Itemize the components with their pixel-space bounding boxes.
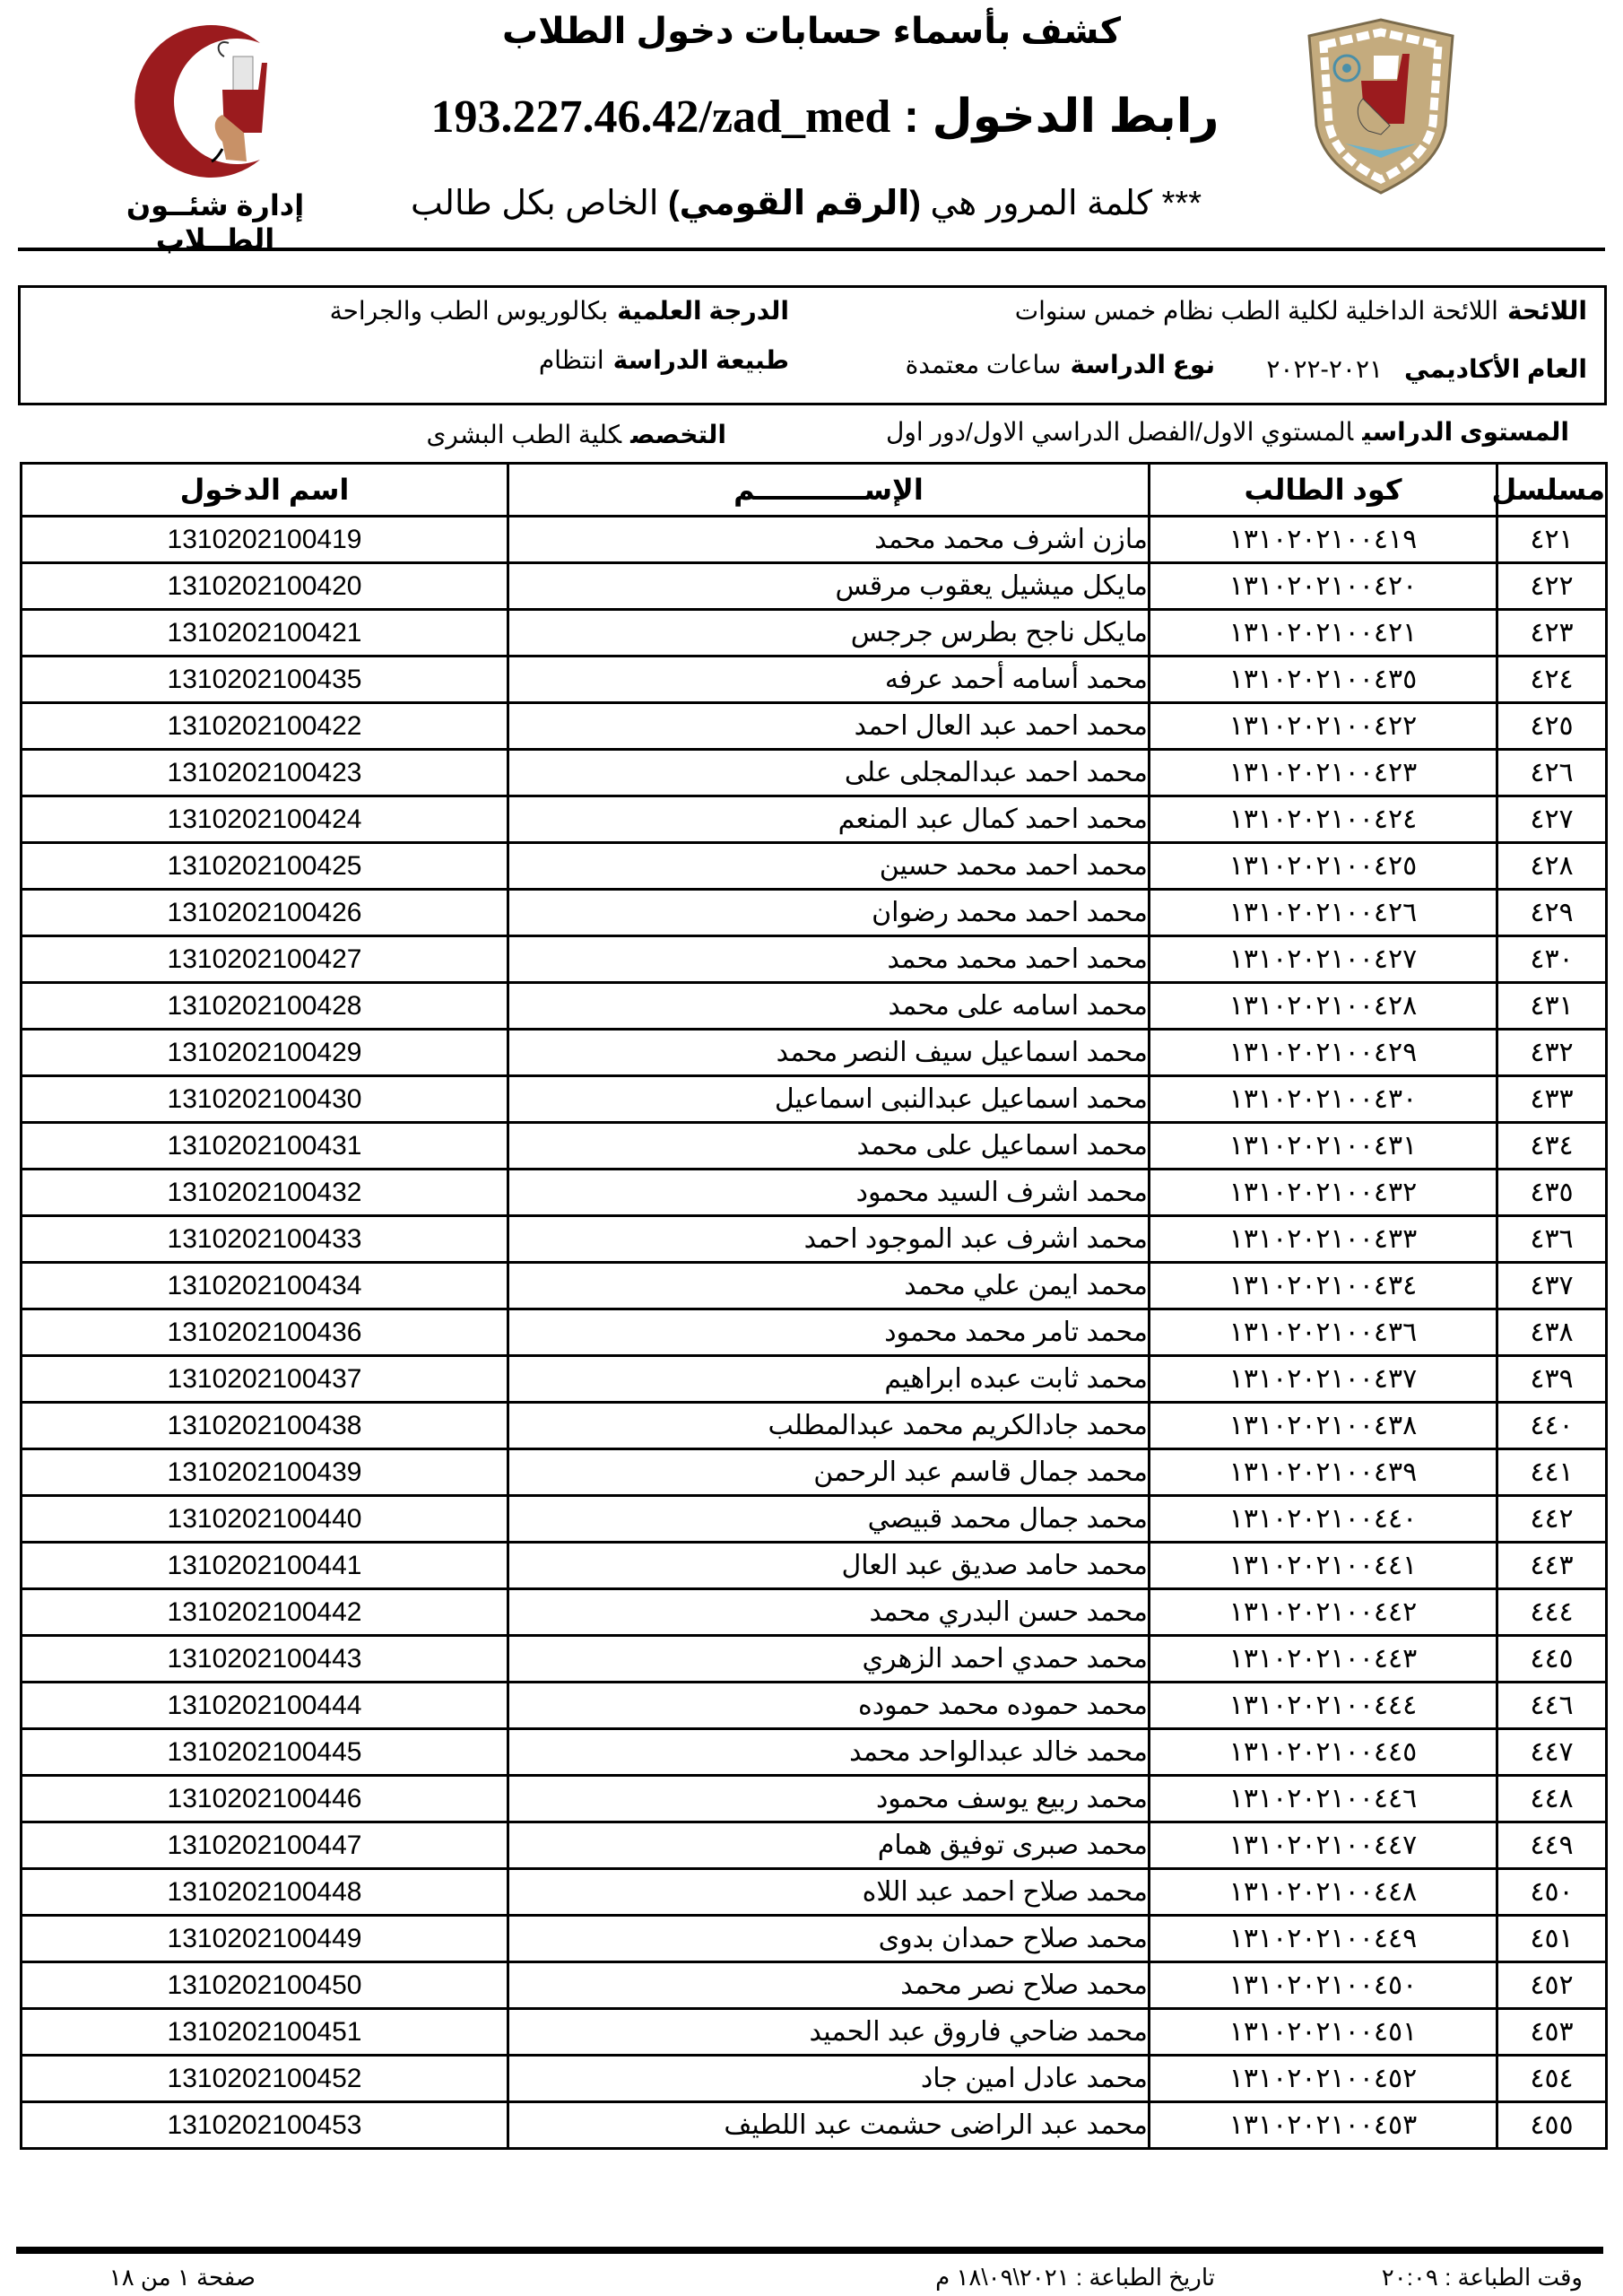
login-name-cell: 1310202100448 <box>22 1869 508 1916</box>
student-name-cell: محمد احمد محمد رضوان <box>508 890 1150 936</box>
table-row: ٤٤٩١٣١٠٢٠٢١٠٠٤٤٧محمد صبرى توفيق همام1310… <box>22 1822 1607 1869</box>
login-name-cell: 1310202100425 <box>22 843 508 890</box>
login-name-cell: 1310202100452 <box>22 2056 508 2102</box>
serial-cell: ٤٤١ <box>1497 1449 1607 1496</box>
student-name-cell: محمد حمدي احمد الزهري <box>508 1636 1150 1683</box>
login-link-line: رابط الدخول : 193.227.46.42/zad_med <box>377 90 1273 143</box>
login-name-cell: 1310202100445 <box>22 1729 508 1776</box>
student-code-cell: ١٣١٠٢٠٢١٠٠٤٢٩ <box>1150 1030 1497 1076</box>
password-note-emphasis: (الرقم القومي) <box>668 185 921 222</box>
student-name-cell: محمد تامر محمد محمود <box>508 1309 1150 1356</box>
login-name-cell: 1310202100441 <box>22 1543 508 1589</box>
serial-cell: ٤٢٨ <box>1497 843 1607 890</box>
student-code-cell: ١٣١٠٢٠٢١٠٠٤٢٠ <box>1150 563 1497 610</box>
table-header-row: مسلسل كود الطالب الإســـــــــــم اسم ال… <box>22 464 1607 517</box>
student-code-cell: ١٣١٠٢٠٢١٠٠٤٤١ <box>1150 1543 1497 1589</box>
serial-cell: ٤٤٦ <box>1497 1683 1607 1729</box>
student-code-cell: ١٣١٠٢٠٢١٠٠٤٤٠ <box>1150 1496 1497 1543</box>
table-row: ٤٣٤١٣١٠٢٠٢١٠٠٤٣١محمد اسماعيل على محمد131… <box>22 1123 1607 1170</box>
table-row: ٤٣٣١٣١٠٢٠٢١٠٠٤٣٠محمد اسماعيل عبدالنبى اس… <box>22 1076 1607 1123</box>
login-name-cell: 1310202100437 <box>22 1356 508 1403</box>
login-name-cell: 1310202100422 <box>22 703 508 750</box>
table-row: ٤٤٢١٣١٠٢٠٢١٠٠٤٤٠محمد جمال محمد قبيصي1310… <box>22 1496 1607 1543</box>
serial-cell: ٤٢٦ <box>1497 750 1607 796</box>
serial-cell: ٤٥١ <box>1497 1916 1607 1962</box>
login-name-cell: 1310202100435 <box>22 657 508 703</box>
login-name-cell: 1310202100424 <box>22 796 508 843</box>
student-name-cell: محمد احمد كمال عبد المنعم <box>508 796 1150 843</box>
student-name-cell: محمد عادل امين جاد <box>508 2056 1150 2102</box>
login-name-cell: 1310202100426 <box>22 890 508 936</box>
table-row: ٤٢٨١٣١٠٢٠٢١٠٠٤٢٥محمد احمد محمد حسين13102… <box>22 843 1607 890</box>
student-name-cell: محمد جمال محمد قبيصي <box>508 1496 1150 1543</box>
serial-cell: ٤٢٧ <box>1497 796 1607 843</box>
table-row: ٤٢٩١٣١٠٢٠٢١٠٠٤٢٦محمد احمد محمد رضوان1310… <box>22 890 1607 936</box>
table-row: ٤٢١١٣١٠٢٠٢١٠٠٤١٩مازن اشرف محمد محمد13102… <box>22 517 1607 563</box>
student-name-cell: محمد احمد محمد محمد <box>508 936 1150 983</box>
student-name-cell: محمد اسامه على محمد <box>508 983 1150 1030</box>
table-row: ٤٣٠١٣١٠٢٠٢١٠٠٤٢٧محمد احمد محمد محمد13102… <box>22 936 1607 983</box>
student-name-cell: مازن اشرف محمد محمد <box>508 517 1150 563</box>
student-name-cell: محمد ضاحي فاروق عبد الحميد <box>508 2009 1150 2056</box>
table-row: ٤٤٠١٣١٠٢٠٢١٠٠٤٣٨محمد جادالكريم محمد عبدا… <box>22 1403 1607 1449</box>
login-name-cell: 1310202100429 <box>22 1030 508 1076</box>
student-code-cell: ١٣١٠٢٠٢١٠٠٤٢٢ <box>1150 703 1497 750</box>
login-name-cell: 1310202100450 <box>22 1962 508 2009</box>
student-code-cell: ١٣١٠٢٠٢١٠٠٤٤٢ <box>1150 1589 1497 1636</box>
login-name-cell: 1310202100449 <box>22 1916 508 1962</box>
table-row: ٤٢٦١٣١٠٢٠٢١٠٠٤٢٣محمد احمد عبدالمجلى على1… <box>22 750 1607 796</box>
table-row: ٤٢٢١٣١٠٢٠٢١٠٠٤٢٠مايكل ميشيل يعقوب مرقس13… <box>22 563 1607 610</box>
table-row: ٤٥٥١٣١٠٢٠٢١٠٠٤٥٣محمد عبد الراضى حشمت عبد… <box>22 2102 1607 2149</box>
student-name-cell: محمد اسماعيل على محمد <box>508 1123 1150 1170</box>
student-code-cell: ١٣١٠٢٠٢١٠٠٤٥٠ <box>1150 1962 1497 2009</box>
column-header-name: الإســـــــــــم <box>508 464 1150 517</box>
student-code-cell: ١٣١٠٢٠٢١٠٠٤٣٠ <box>1150 1076 1497 1123</box>
table-row: ٤٢٥١٣١٠٢٠٢١٠٠٤٢٢محمد احمد عبد العال احمد… <box>22 703 1607 750</box>
student-name-cell: محمد احمد عبد العال احمد <box>508 703 1150 750</box>
serial-cell: ٤٥٥ <box>1497 2102 1607 2149</box>
login-name-cell: 1310202100428 <box>22 983 508 1030</box>
serial-cell: ٤٥٣ <box>1497 2009 1607 2056</box>
student-code-cell: ١٣١٠٢٠٢١٠٠٤٤٧ <box>1150 1822 1497 1869</box>
student-code-cell: ١٣١٠٢٠٢١٠٠٤٣٣ <box>1150 1216 1497 1263</box>
serial-cell: ٤٢١ <box>1497 517 1607 563</box>
login-link-url: 193.227.46.42/zad_med <box>431 91 891 143</box>
footer-divider <box>16 2247 1603 2254</box>
student-name-cell: محمد اشرف السيد محمود <box>508 1170 1150 1216</box>
print-date: تاريخ الطباعة : ٢٠٢١\٠٩\١٨ م <box>935 2264 1215 2292</box>
student-name-cell: محمد اسماعيل عبدالنبى اسماعيل <box>508 1076 1150 1123</box>
table-row: ٤٤٥١٣١٠٢٠٢١٠٠٤٤٣محمد حمدي احمد الزهري131… <box>22 1636 1607 1683</box>
login-link-label: رابط الدخول : <box>904 91 1219 143</box>
serial-cell: ٤٢٩ <box>1497 890 1607 936</box>
table-row: ٤٣٩١٣١٠٢٠٢١٠٠٤٣٧محمد ثابت عبده ابراهيم13… <box>22 1356 1607 1403</box>
table-row: ٤٤١١٣١٠٢٠٢١٠٠٤٣٩محمد جمال قاسم عبد الرحم… <box>22 1449 1607 1496</box>
serial-cell: ٤٤٢ <box>1497 1496 1607 1543</box>
department-name: إدارة شئــون الطــلاب <box>81 188 350 257</box>
login-name-cell: 1310202100423 <box>22 750 508 796</box>
student-name-cell: محمد ثابت عبده ابراهيم <box>508 1356 1150 1403</box>
student-name-cell: محمد صلاح نصر محمد <box>508 1962 1150 2009</box>
student-code-cell: ١٣١٠٢٠٢١٠٠٤٤٣ <box>1150 1636 1497 1683</box>
student-name-cell: محمد صبرى توفيق همام <box>508 1822 1150 1869</box>
student-name-cell: محمد اشرف عبد الموجود احمد <box>508 1216 1150 1263</box>
student-name-cell: محمد ايمن علي محمد <box>508 1263 1150 1309</box>
serial-cell: ٤٥٢ <box>1497 1962 1607 2009</box>
login-name-cell: 1310202100444 <box>22 1683 508 1729</box>
column-header-login: اسم الدخول <box>22 464 508 517</box>
table-row: ٤٥٠١٣١٠٢٠٢١٠٠٤٤٨محمد صلاح احمد عبد اللاه… <box>22 1869 1607 1916</box>
page-title: كشف بأسماء حسابات دخول الطلاب <box>0 11 1623 52</box>
serial-cell: ٤٤٩ <box>1497 1822 1607 1869</box>
login-name-cell: 1310202100433 <box>22 1216 508 1263</box>
page-number: صفحة ١ من ١٨ <box>109 2264 256 2292</box>
student-name-cell: محمد أسامه أحمد عرفه <box>508 657 1150 703</box>
student-code-cell: ١٣١٠٢٠٢١٠٠٤٥٢ <box>1150 2056 1497 2102</box>
table-row: ٤٢٣١٣١٠٢٠٢١٠٠٤٢١مايكل ناجح بطرس جرجس1310… <box>22 610 1607 657</box>
serial-cell: ٤٤٥ <box>1497 1636 1607 1683</box>
student-code-cell: ١٣١٠٢٠٢١٠٠٤٢٦ <box>1150 890 1497 936</box>
serial-cell: ٤٣٢ <box>1497 1030 1607 1076</box>
student-code-cell: ١٣١٠٢٠٢١٠٠٤٣١ <box>1150 1123 1497 1170</box>
serial-cell: ٤٥٤ <box>1497 2056 1607 2102</box>
student-code-cell: ١٣١٠٢٠٢١٠٠٤٢٤ <box>1150 796 1497 843</box>
student-name-cell: مايكل ميشيل يعقوب مرقس <box>508 563 1150 610</box>
print-time: وقت الطباعة : ٢٠:٠٩ <box>1382 2264 1583 2292</box>
table-row: ٤٣١١٣١٠٢٠٢١٠٠٤٢٨محمد اسامه على محمد13102… <box>22 983 1607 1030</box>
student-name-cell: محمد حامد صديق عبد العال <box>508 1543 1150 1589</box>
student-name-cell: محمد صلاح احمد عبد اللاه <box>508 1869 1150 1916</box>
serial-cell: ٤٣٩ <box>1497 1356 1607 1403</box>
serial-cell: ٤٢٤ <box>1497 657 1607 703</box>
student-code-cell: ١٣١٠٢٠٢١٠٠٤٢٧ <box>1150 936 1497 983</box>
login-name-cell: 1310202100453 <box>22 2102 508 2149</box>
login-name-cell: 1310202100438 <box>22 1403 508 1449</box>
serial-cell: ٤٢٥ <box>1497 703 1607 750</box>
student-name-cell: محمد احمد محمد حسين <box>508 843 1150 890</box>
student-code-cell: ١٣١٠٢٠٢١٠٠٤٢١ <box>1150 610 1497 657</box>
header-divider <box>18 248 1605 251</box>
serial-cell: ٤٤٤ <box>1497 1589 1607 1636</box>
student-code-cell: ١٣١٠٢٠٢١٠٠٤٣٧ <box>1150 1356 1497 1403</box>
table-row: ٤٤٤١٣١٠٢٠٢١٠٠٤٤٢محمد حسن البدري محمد1310… <box>22 1589 1607 1636</box>
table-row: ٤٢٤١٣١٠٢٠٢١٠٠٤٣٥محمد أسامه أحمد عرفه1310… <box>22 657 1607 703</box>
student-name-cell: مايكل ناجح بطرس جرجس <box>508 610 1150 657</box>
table-row: ٤٢٧١٣١٠٢٠٢١٠٠٤٢٤محمد احمد كمال عبد المنع… <box>22 796 1607 843</box>
table-row: ٤٣٥١٣١٠٢٠٢١٠٠٤٣٢محمد اشرف السيد محمود131… <box>22 1170 1607 1216</box>
serial-cell: ٤٣٨ <box>1497 1309 1607 1356</box>
table-row: ٤٣٦١٣١٠٢٠٢١٠٠٤٣٣محمد اشرف عبد الموجود اح… <box>22 1216 1607 1263</box>
password-note: *** كلمة المرور هي (الرقم القومي) الخاص … <box>377 183 1202 223</box>
serial-cell: ٤٥٠ <box>1497 1869 1607 1916</box>
student-code-cell: ١٣١٠٢٠٢١٠٠٤٣٢ <box>1150 1170 1497 1216</box>
login-name-cell: 1310202100447 <box>22 1822 508 1869</box>
login-name-cell: 1310202100443 <box>22 1636 508 1683</box>
serial-cell: ٤٣١ <box>1497 983 1607 1030</box>
login-name-cell: 1310202100436 <box>22 1309 508 1356</box>
student-code-cell: ١٣١٠٢٠٢١٠٠٤٣٦ <box>1150 1309 1497 1356</box>
student-name-cell: محمد عبد الراضى حشمت عبد اللطيف <box>508 2102 1150 2149</box>
serial-cell: ٤٣٤ <box>1497 1123 1607 1170</box>
serial-cell: ٤٣٣ <box>1497 1076 1607 1123</box>
login-name-cell: 1310202100439 <box>22 1449 508 1496</box>
student-code-cell: ١٣١٠٢٠٢١٠٠٤٢٥ <box>1150 843 1497 890</box>
student-name-cell: محمد اسماعيل سيف النصر محمد <box>508 1030 1150 1076</box>
login-name-cell: 1310202100427 <box>22 936 508 983</box>
column-header-student-code: كود الطالب <box>1150 464 1497 517</box>
student-name-cell: محمد صلاح حمدان بدوى <box>508 1916 1150 1962</box>
login-name-cell: 1310202100434 <box>22 1263 508 1309</box>
student-code-cell: ١٣١٠٢٠٢١٠٠٤٤٤ <box>1150 1683 1497 1729</box>
academic-year-field: العام الأكاديمي٢٠٢١-٢٠٢٢ <box>1266 354 1587 384</box>
serial-cell: ٤٢٣ <box>1497 610 1607 657</box>
regulation-field: اللائحةاللائحة الداخلية لكلية الطب نظام … <box>1015 296 1587 326</box>
student-code-cell: ١٣١٠٢٠٢١٠٠٤٣٥ <box>1150 657 1497 703</box>
serial-cell: ٤٤٠ <box>1497 1403 1607 1449</box>
login-name-cell: 1310202100432 <box>22 1170 508 1216</box>
students-table: مسلسل كود الطالب الإســـــــــــم اسم ال… <box>20 462 1608 2150</box>
serial-cell: ٤٣٦ <box>1497 1216 1607 1263</box>
login-name-cell: 1310202100430 <box>22 1076 508 1123</box>
table-row: ٤٥٤١٣١٠٢٠٢١٠٠٤٥٢محمد عادل امين جاد131020… <box>22 2056 1607 2102</box>
table-row: ٤٣٢١٣١٠٢٠٢١٠٠٤٢٩محمد اسماعيل سيف النصر م… <box>22 1030 1607 1076</box>
study-nature-field: طبيعة الدراسةانتظام <box>539 345 789 375</box>
login-name-cell: 1310202100419 <box>22 517 508 563</box>
table-row: ٤٤٧١٣١٠٢٠٢١٠٠٤٤٥محمد خالد عبدالواحد محمد… <box>22 1729 1607 1776</box>
student-code-cell: ١٣١٠٢٠٢١٠٠٤٢٨ <box>1150 983 1497 1030</box>
serial-cell: ٤٤٨ <box>1497 1776 1607 1822</box>
serial-cell: ٤٣٧ <box>1497 1263 1607 1309</box>
student-code-cell: ١٣١٠٢٠٢١٠٠٤٤٨ <box>1150 1869 1497 1916</box>
table-row: ٤٣٨١٣١٠٢٠٢١٠٠٤٣٦محمد تامر محمد محمود1310… <box>22 1309 1607 1356</box>
student-name-cell: محمد احمد عبدالمجلى على <box>508 750 1150 796</box>
student-name-cell: محمد ربيع يوسف محمود <box>508 1776 1150 1822</box>
login-name-cell: 1310202100451 <box>22 2009 508 2056</box>
serial-cell: ٤٢٢ <box>1497 563 1607 610</box>
student-code-cell: ١٣١٠٢٠٢١٠٠٤٤٥ <box>1150 1729 1497 1776</box>
table-row: ٤٥١١٣١٠٢٠٢١٠٠٤٤٩محمد صلاح حمدان بدوى1310… <box>22 1916 1607 1962</box>
table-row: ٤٥٣١٣١٠٢٠٢١٠٠٤٥١محمد ضاحي فاروق عبد الحم… <box>22 2009 1607 2056</box>
student-code-cell: ١٣١٠٢٠٢١٠٠٤٥١ <box>1150 2009 1497 2056</box>
table-row: ٤٥٢١٣١٠٢٠٢١٠٠٤٥٠محمد صلاح نصر محمد131020… <box>22 1962 1607 2009</box>
serial-cell: ٤٣٥ <box>1497 1170 1607 1216</box>
student-code-cell: ١٣١٠٢٠٢١٠٠٤٣٩ <box>1150 1449 1497 1496</box>
study-type-field: نوع الدراسةساعات معتمدة <box>906 350 1215 379</box>
table-row: ٤٤٨١٣١٠٢٠٢١٠٠٤٤٦محمد ربيع يوسف محمود1310… <box>22 1776 1607 1822</box>
serial-cell: ٤٣٠ <box>1497 936 1607 983</box>
student-code-cell: ١٣١٠٢٠٢١٠٠٤٣٤ <box>1150 1263 1497 1309</box>
degree-field: الدرجة العلميةبكالوريوس الطب والجراحة <box>330 296 789 326</box>
login-name-cell: 1310202100431 <box>22 1123 508 1170</box>
student-code-cell: ١٣١٠٢٠٢١٠٠٤١٩ <box>1150 517 1497 563</box>
table-row: ٤٤٣١٣١٠٢٠٢١٠٠٤٤١محمد حامد صديق عبد العال… <box>22 1543 1607 1589</box>
level-field: المستوى الدراسيالمستوي الاول/الفصل الدرا… <box>886 417 1569 447</box>
login-name-cell: 1310202100420 <box>22 563 508 610</box>
student-name-cell: محمد جمال قاسم عبد الرحمن <box>508 1449 1150 1496</box>
serial-cell: ٤٤٣ <box>1497 1543 1607 1589</box>
student-name-cell: محمد حسن البدري محمد <box>508 1589 1150 1636</box>
login-name-cell: 1310202100440 <box>22 1496 508 1543</box>
specialization-field: التخصصكلية الطب البشرى <box>426 420 726 449</box>
student-code-cell: ١٣١٠٢٠٢١٠٠٤٥٣ <box>1150 2102 1497 2149</box>
student-name-cell: محمد حموده محمد حموده <box>508 1683 1150 1729</box>
student-code-cell: ١٣١٠٢٠٢١٠٠٤٣٨ <box>1150 1403 1497 1449</box>
student-name-cell: محمد خالد عبدالواحد محمد <box>508 1729 1150 1776</box>
table-row: ٤٣٧١٣١٠٢٠٢١٠٠٤٣٤محمد ايمن علي محمد131020… <box>22 1263 1607 1309</box>
student-code-cell: ١٣١٠٢٠٢١٠٠٤٤٩ <box>1150 1916 1497 1962</box>
login-name-cell: 1310202100442 <box>22 1589 508 1636</box>
serial-cell: ٤٤٧ <box>1497 1729 1607 1776</box>
column-header-serial: مسلسل <box>1497 464 1607 517</box>
login-name-cell: 1310202100421 <box>22 610 508 657</box>
student-name-cell: محمد جادالكريم محمد عبدالمطلب <box>508 1403 1150 1449</box>
student-code-cell: ١٣١٠٢٠٢١٠٠٤٢٣ <box>1150 750 1497 796</box>
login-name-cell: 1310202100446 <box>22 1776 508 1822</box>
table-row: ٤٤٦١٣١٠٢٠٢١٠٠٤٤٤محمد حموده محمد حموده131… <box>22 1683 1607 1729</box>
student-code-cell: ١٣١٠٢٠٢١٠٠٤٤٦ <box>1150 1776 1497 1822</box>
